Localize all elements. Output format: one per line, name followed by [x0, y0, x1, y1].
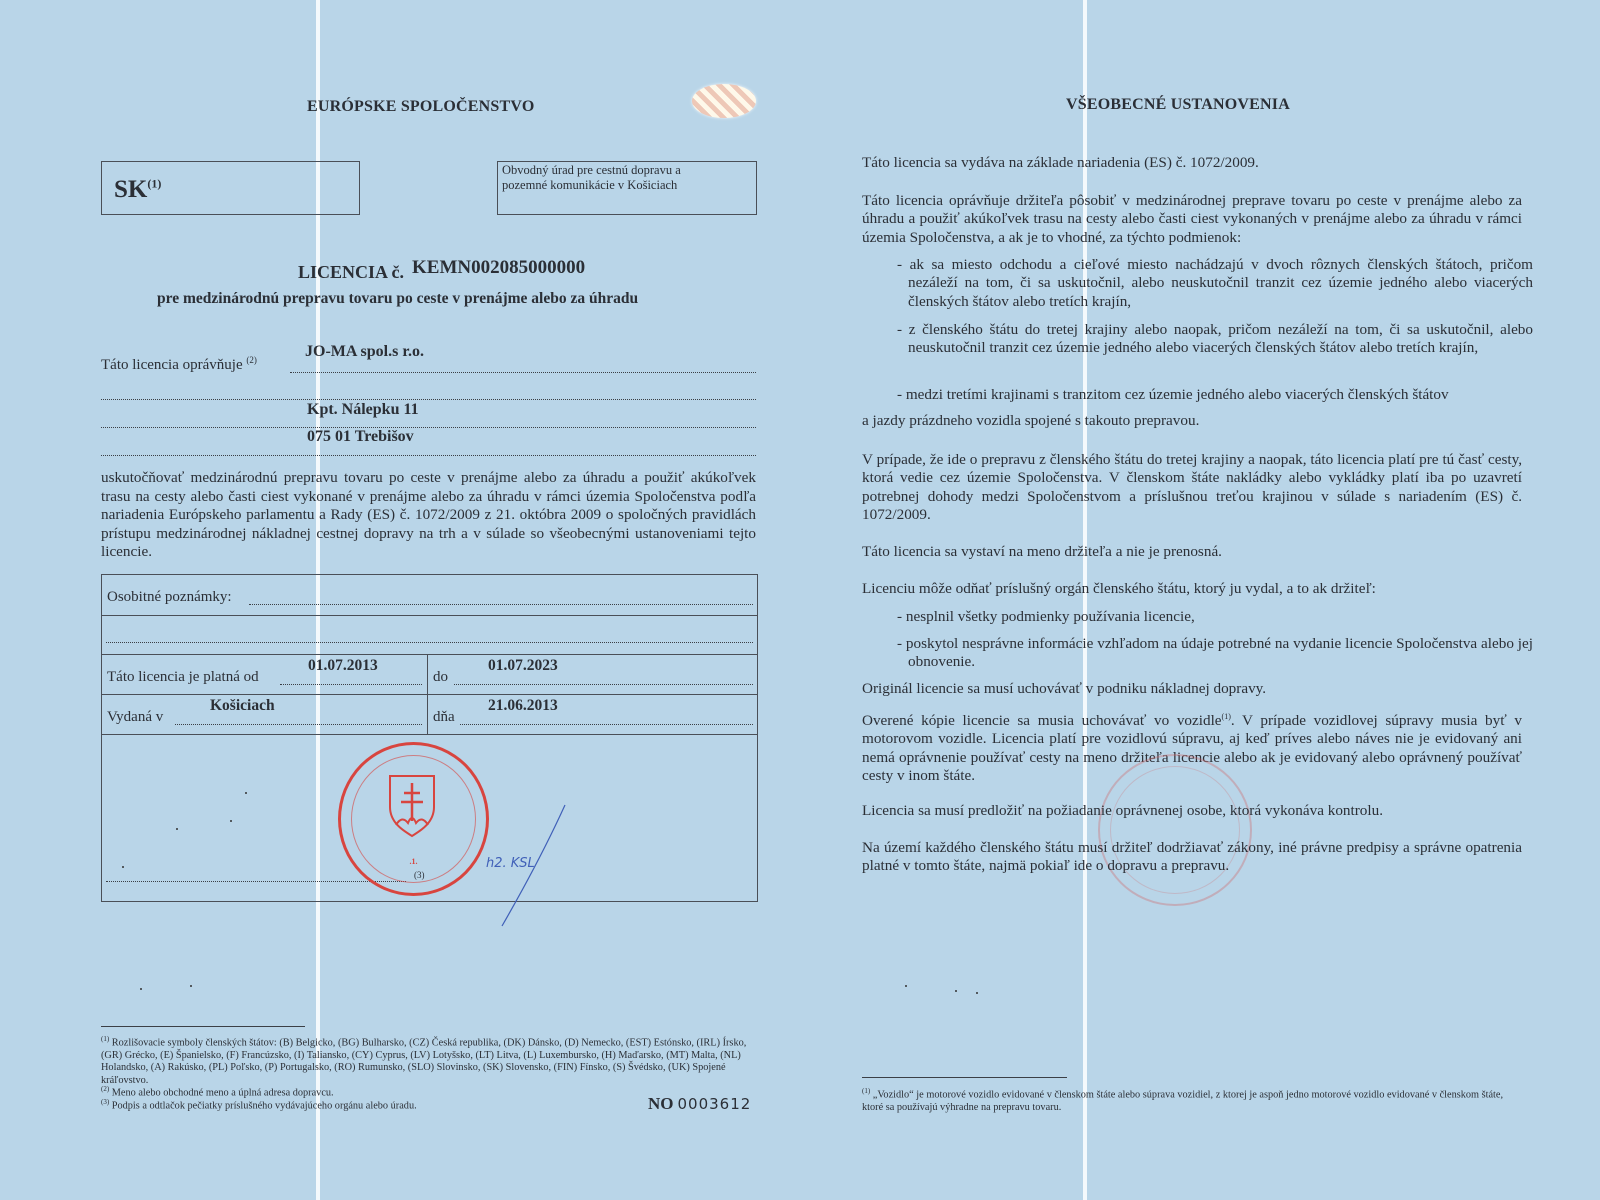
- speck: [140, 988, 142, 990]
- speck: [230, 820, 232, 822]
- valid-from-label: Táto licencia je platná od: [107, 669, 259, 686]
- footnote-3: (3) Podpis a odtlačok pečiatky príslušné…: [101, 1096, 601, 1113]
- page-header: VŠEOBECNÉ USTANOVENIA: [1066, 96, 1290, 114]
- revocation-item: - nesplnil všetky podmienky používania l…: [897, 608, 1533, 626]
- speck: [976, 992, 978, 994]
- table-divider: [102, 694, 757, 695]
- dotted-line: [106, 642, 753, 643]
- country-code: SK(1): [114, 176, 161, 204]
- issued-in-label: Vydaná v: [107, 709, 163, 726]
- holder-street: Kpt. Nálepku 11: [307, 401, 419, 419]
- hologram-seal-icon: [692, 84, 756, 118]
- provision-paragraph: Licencia sa musí predložiť na požiadanie…: [862, 802, 1522, 820]
- issuing-office: Obvodný úrad pre cestnú dopravu a pozemn…: [502, 163, 681, 193]
- notes-label: Osobitné poznámky:: [107, 589, 232, 606]
- table-divider: [102, 654, 757, 655]
- provision-paragraph: a jazdy prázdneho vozidla spojené s tako…: [862, 412, 1522, 430]
- issued-on-label: dňa: [433, 709, 455, 726]
- condition-item: - ak sa miesto odchodu a cieľové miesto …: [897, 256, 1533, 311]
- signature-initials: h2. KSL: [486, 856, 535, 871]
- provision-paragraph: Licenciu môže odňať príslušný orgán člen…: [862, 580, 1522, 598]
- revocation-item: - poskytol nesprávne informácie vzhľadom…: [897, 635, 1533, 672]
- dotted-line: [280, 684, 422, 685]
- dotted-line: [454, 684, 753, 685]
- provision-paragraph: Táto licencia oprávňuje držiteľa pôsobiť…: [862, 192, 1522, 247]
- valid-to-label: do: [433, 669, 448, 686]
- issued-on-date: 21.06.2013: [488, 697, 558, 715]
- stamp-mark: .1.: [341, 857, 486, 866]
- speck: [176, 828, 178, 830]
- provision-paragraph: Táto licencia sa vystaví na meno držiteľ…: [862, 543, 1522, 561]
- holder-label: Táto licencia oprávňuje (2): [101, 355, 257, 374]
- valid-to-date: 01.07.2023: [488, 657, 558, 675]
- general-provisions-page: VŠEOBECNÉ USTANOVENIA Táto licencia sa v…: [800, 0, 1600, 1200]
- dotted-line: [101, 399, 756, 400]
- valid-from-date: 01.07.2013: [308, 657, 378, 675]
- license-front-page: EURÓPSKE SPOLOČENSTVO SK(1) Obvodný úrad…: [0, 0, 790, 1200]
- stamp-bleedthrough: [1098, 754, 1252, 906]
- table-divider: [102, 734, 757, 735]
- dotted-line: [460, 724, 753, 725]
- dotted-line: [101, 427, 756, 428]
- holder-name: JO-MA spol.s r.o.: [305, 343, 424, 361]
- speck: [905, 985, 907, 987]
- provision-paragraph: Na území každého členského štátu musí dr…: [862, 839, 1522, 876]
- footnote-rule: [101, 1026, 305, 1027]
- page-header: EURÓPSKE SPOLOČENSTVO: [307, 98, 534, 116]
- slovak-coat-of-arms-icon: [386, 773, 438, 839]
- footnote-rule: [862, 1077, 1067, 1078]
- speck: [122, 866, 124, 868]
- dotted-line: [249, 604, 753, 605]
- table-divider: [102, 615, 757, 616]
- speck: [190, 985, 192, 987]
- serial-number: NO0003612: [648, 1094, 751, 1114]
- dotted-line: [175, 724, 422, 725]
- provision-paragraph: Táto licencia sa vydáva na základe naria…: [862, 154, 1522, 172]
- condition-item: - z členského štátu do tretej krajiny al…: [897, 321, 1533, 358]
- provision-paragraph: Originál licencie sa musí uchovávať v po…: [862, 680, 1522, 698]
- issued-in-place: Košiciach: [210, 697, 275, 715]
- issuing-office-box: Obvodný úrad pre cestnú dopravu a pozemn…: [497, 161, 757, 215]
- country-code-box: SK(1): [101, 161, 360, 215]
- footnote-1: (1) „Vozidlo“ je motorové vozidlo evidov…: [862, 1085, 1522, 1114]
- holder-city: 075 01 Trebišov: [307, 428, 414, 446]
- license-body-text: uskutočňovať medzinárodnú prepravu tovar…: [101, 469, 756, 562]
- dotted-line: [290, 372, 756, 373]
- dotted-line: [101, 455, 756, 456]
- license-subtitle: pre medzinárodnú prepravu tovaru po cest…: [157, 290, 638, 308]
- license-number: KEMN002085000000: [412, 257, 585, 278]
- provision-paragraph: V prípade, že ide o prepravu z členského…: [862, 451, 1522, 525]
- signature-dotted-line: [106, 881, 406, 882]
- footnote-1: (1) Rozlišovacie symboly členských štáto…: [101, 1033, 756, 1087]
- condition-item: - medzi tretími krajinami s tranzitom ce…: [897, 386, 1533, 404]
- speck: [955, 990, 957, 992]
- speck: [245, 792, 247, 794]
- license-title: LICENCIA č.KEMN002085000000: [298, 262, 585, 284]
- signature-footnote: (3): [414, 870, 425, 880]
